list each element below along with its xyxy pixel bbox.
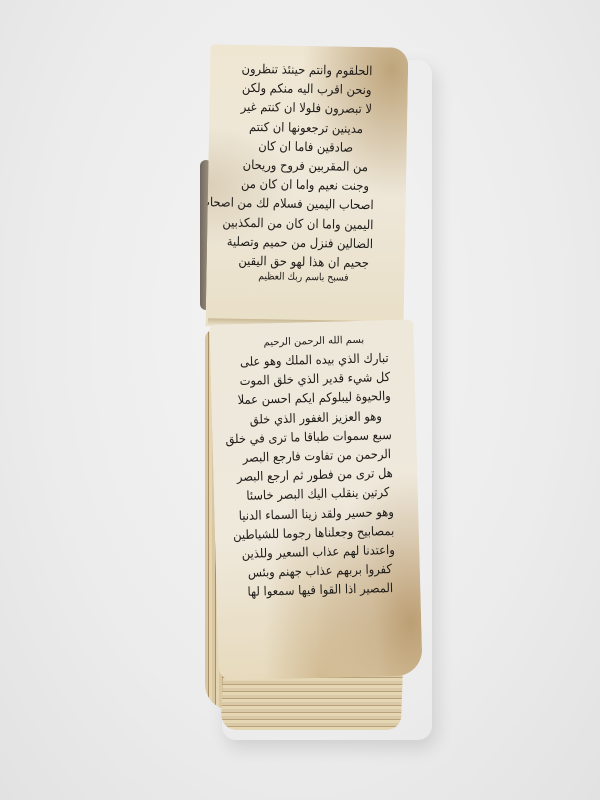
- text-line: لا تبصرون فلولا ان كنتم غير: [237, 97, 375, 119]
- text-line: اليمين واما ان كان من المكذبين: [235, 212, 373, 234]
- text-line: من المقربين فروح وريحان: [236, 155, 374, 177]
- text-line: فسبح باسم ربك العظيم: [234, 270, 372, 286]
- text-line: وجنت نعيم واما ان كان من: [236, 174, 374, 196]
- manuscript-bottom-page: بسم الله الرحمن الرحيم تبارك الذي بيده ا…: [209, 319, 422, 680]
- manuscript-top-page: الحلقوم وانتم حينئذ تنظرون ونحن اقرب الي…: [206, 44, 409, 329]
- text-line: صادقين فاما ان كان: [237, 136, 375, 158]
- text-line: الضالين فنزل من حميم وتصلية: [235, 232, 373, 254]
- text-line: مدينين ترجعونها ان كنتم: [237, 116, 375, 138]
- text-line: اصحاب اليمين فسلام لك من اصحاب: [236, 193, 374, 215]
- text-line: ونحن اقرب اليه منكم ولكن: [238, 78, 376, 100]
- bottom-page-text: بسم الله الرحمن الرحيم تبارك الذي بيده ا…: [232, 332, 403, 602]
- text-line: المصير اذا القوا فيها سمعوا لها: [245, 578, 396, 601]
- text-line: جحيم ان هذا لهو حق اليقين: [235, 251, 373, 273]
- text-line: الحلقوم وانتم حينئذ تنظرون: [238, 59, 376, 81]
- top-page-text: الحلقوم وانتم حينئذ تنظرون ونحن اقرب الي…: [228, 59, 382, 287]
